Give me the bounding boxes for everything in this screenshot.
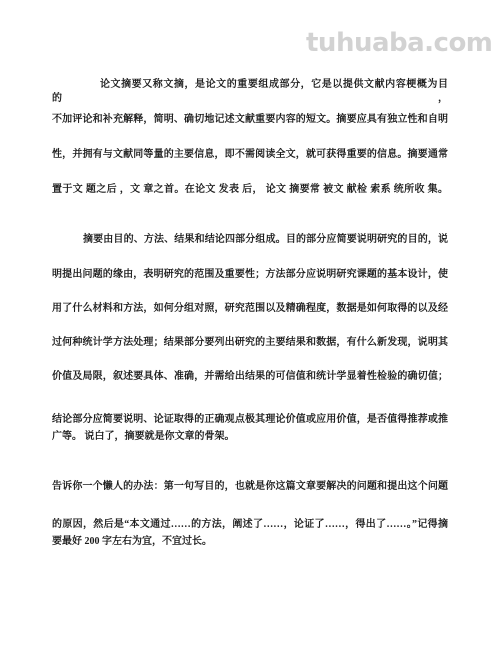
watermark: tuhuaba.com [306,28,492,58]
paragraph-line: 广等。 说白了，摘要就是你文章的骨架。 [52,430,448,444]
paragraph-line: 摘要由目的、方法、结果和结论四部分组成。目的部分应简要说明研究的目的，说 [52,233,448,247]
paragraph-line: 用了什么材料和方法，如何分组对照，研究范围以及精确程度，数据是如何取得的以及经 [52,302,448,316]
paragraph-line: 性，并拥有与文献同等量的主要信息，即不需阅读全文，就可获得重要的信息。摘要通常 [52,148,448,162]
paragraph-line: 置于文 题之后 ，文 章之首。在论文 发表 后， 论文 摘要常 被文 献检 索系… [52,183,448,197]
paragraph-line: 结论部分应简要说明、论证取得的正确观点极其理论价值或应用价值，是否值得推荐或推 [52,413,448,427]
paragraph-line: 不加评论和补充解释，简明、确切地记述文献重要内容的短文。摘要应具有独立性和自明 [52,113,448,127]
paragraph-line: 告诉你一个懒人的办法：第一句写目的，也就是你这篇文章要解决的问题和提出这个问题 [52,480,448,494]
paragraph-line: 要最好 200 字左右为宜，不宜过长。 [52,535,448,549]
paragraph-line: 的原因，然后是“本文通过……的方法，阐述了……，论证了……，得出了……。”记得摘 [52,518,448,532]
paragraph-line: 论文摘要又称文摘，是论文的重要组成部分，它是以提供文献内容梗概为目的， [52,78,448,106]
document-page: tuhuaba.com 论文摘要又称文摘，是论文的重要组成部分，它是以提供文献内… [0,0,500,648]
paragraph-line: 价值及局限，叙述要具体、准确，并需给出结果的可信值和统计学显着性检验的确切值； [52,370,448,384]
paragraph-line: 过何种统计学方法处理；结果部分要列出研究的主要结果和数据，有什么新发现，说明其 [52,336,448,350]
paragraph-line: 明提出问题的缘由，表明研究的范围及重要性；方法部分应说明研究课题的基本设计，使 [52,268,448,282]
